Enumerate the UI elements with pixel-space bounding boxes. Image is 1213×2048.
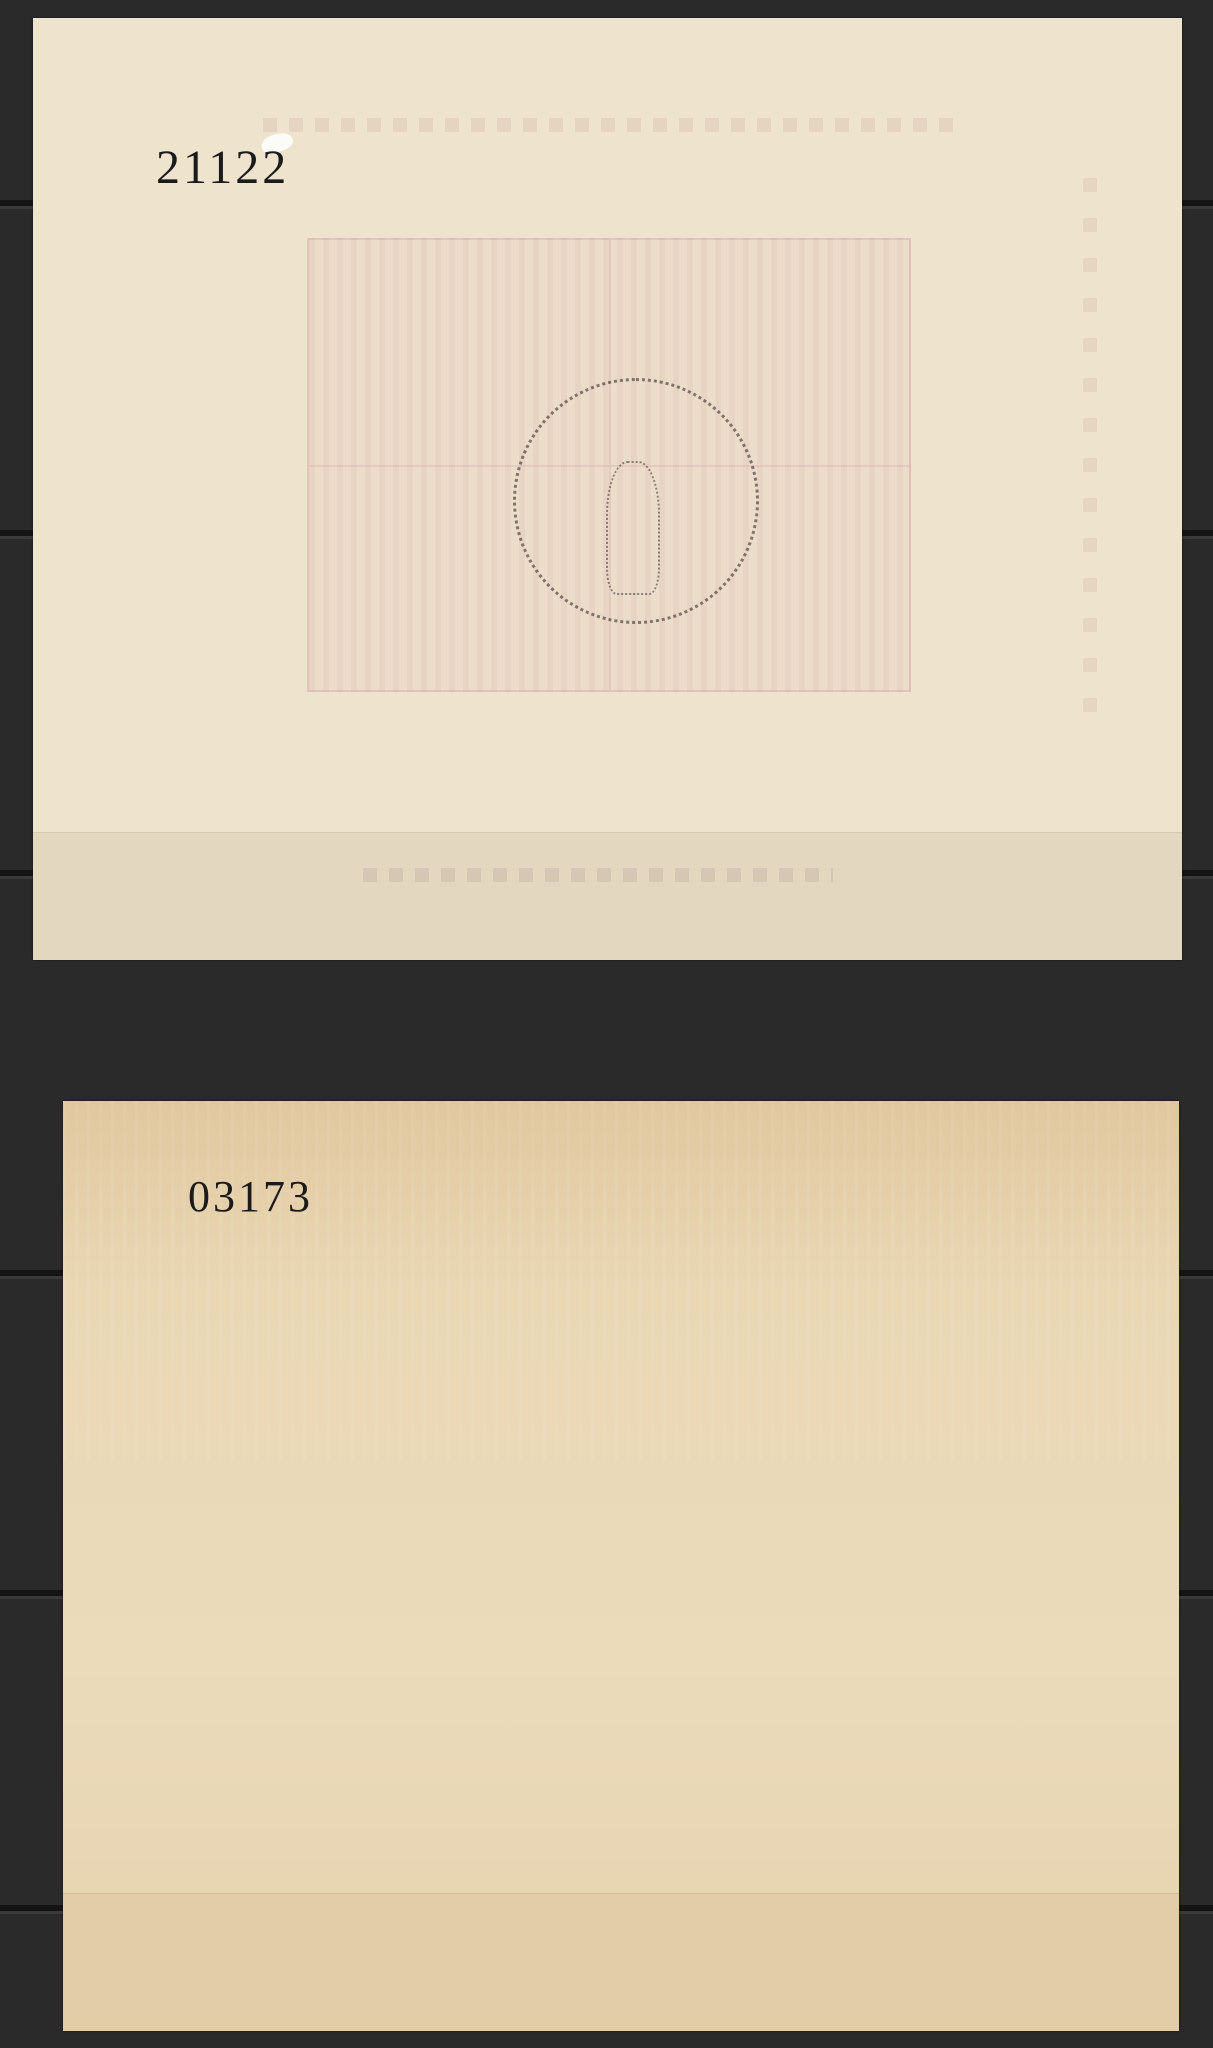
serial-number: 21122	[156, 140, 289, 195]
show-through-bottom-inscription	[363, 868, 833, 882]
gum-streaks	[63, 1101, 1179, 1461]
serial-number: 03173	[188, 1171, 313, 1222]
bottom-margin-band	[63, 1893, 1179, 2031]
souvenir-sheet-back-2: 03173	[63, 1101, 1179, 2031]
souvenir-sheet-back-1: 21122	[33, 18, 1182, 960]
postmark-show-through	[513, 378, 759, 624]
show-through-side-inscription	[1083, 178, 1097, 738]
bottom-margin-band	[33, 832, 1182, 960]
show-through-inscription	[263, 118, 963, 132]
